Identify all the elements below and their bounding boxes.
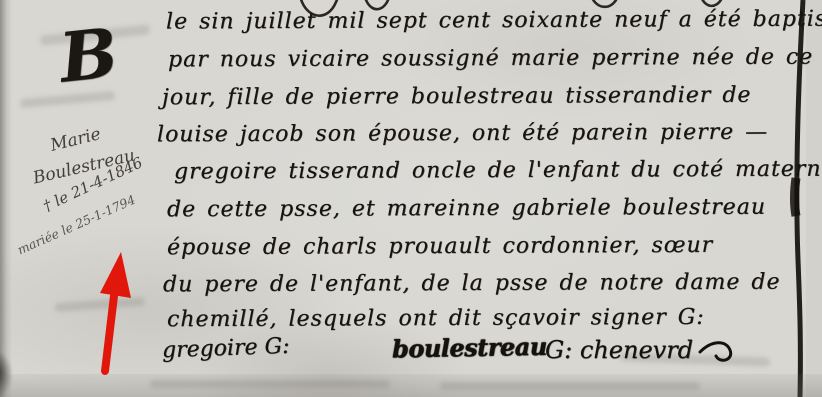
act-line-1: le sin juillet mil sept cent soixante ne…: [166, 6, 822, 34]
act-line-5: gregoire tisserand oncle de l'enfant du …: [174, 157, 822, 185]
act-line-6: de cette psse, et mareinne gabriele boul…: [167, 195, 766, 223]
act-line-8: du pere de l'enfant, de la psse de notre…: [163, 270, 781, 298]
signature-chenevrd: G: chenevrd: [545, 336, 693, 364]
signature-boulestreau: boulestreau: [392, 332, 547, 364]
scanned-register-page: le sin juillet mil sept cent soixante ne…: [0, 0, 822, 397]
paraph-letter-b: B: [56, 13, 122, 99]
signature-gregoire: gregoire G:: [162, 334, 290, 363]
act-line-7: épouse de charls prouault cordonnier, sœ…: [167, 233, 713, 260]
act-line-3: jour, fille de pierre boulestreau tisser…: [162, 83, 752, 111]
act-line-4: louise jacob son épouse, ont été parein …: [157, 120, 768, 148]
scan-corner-blotch: [0, 352, 12, 397]
act-line-2: par nous vicaire soussigné marie perrine…: [168, 45, 813, 73]
act-line-9: chemillé, lesquels ont dit sçavoir signe…: [167, 305, 705, 332]
